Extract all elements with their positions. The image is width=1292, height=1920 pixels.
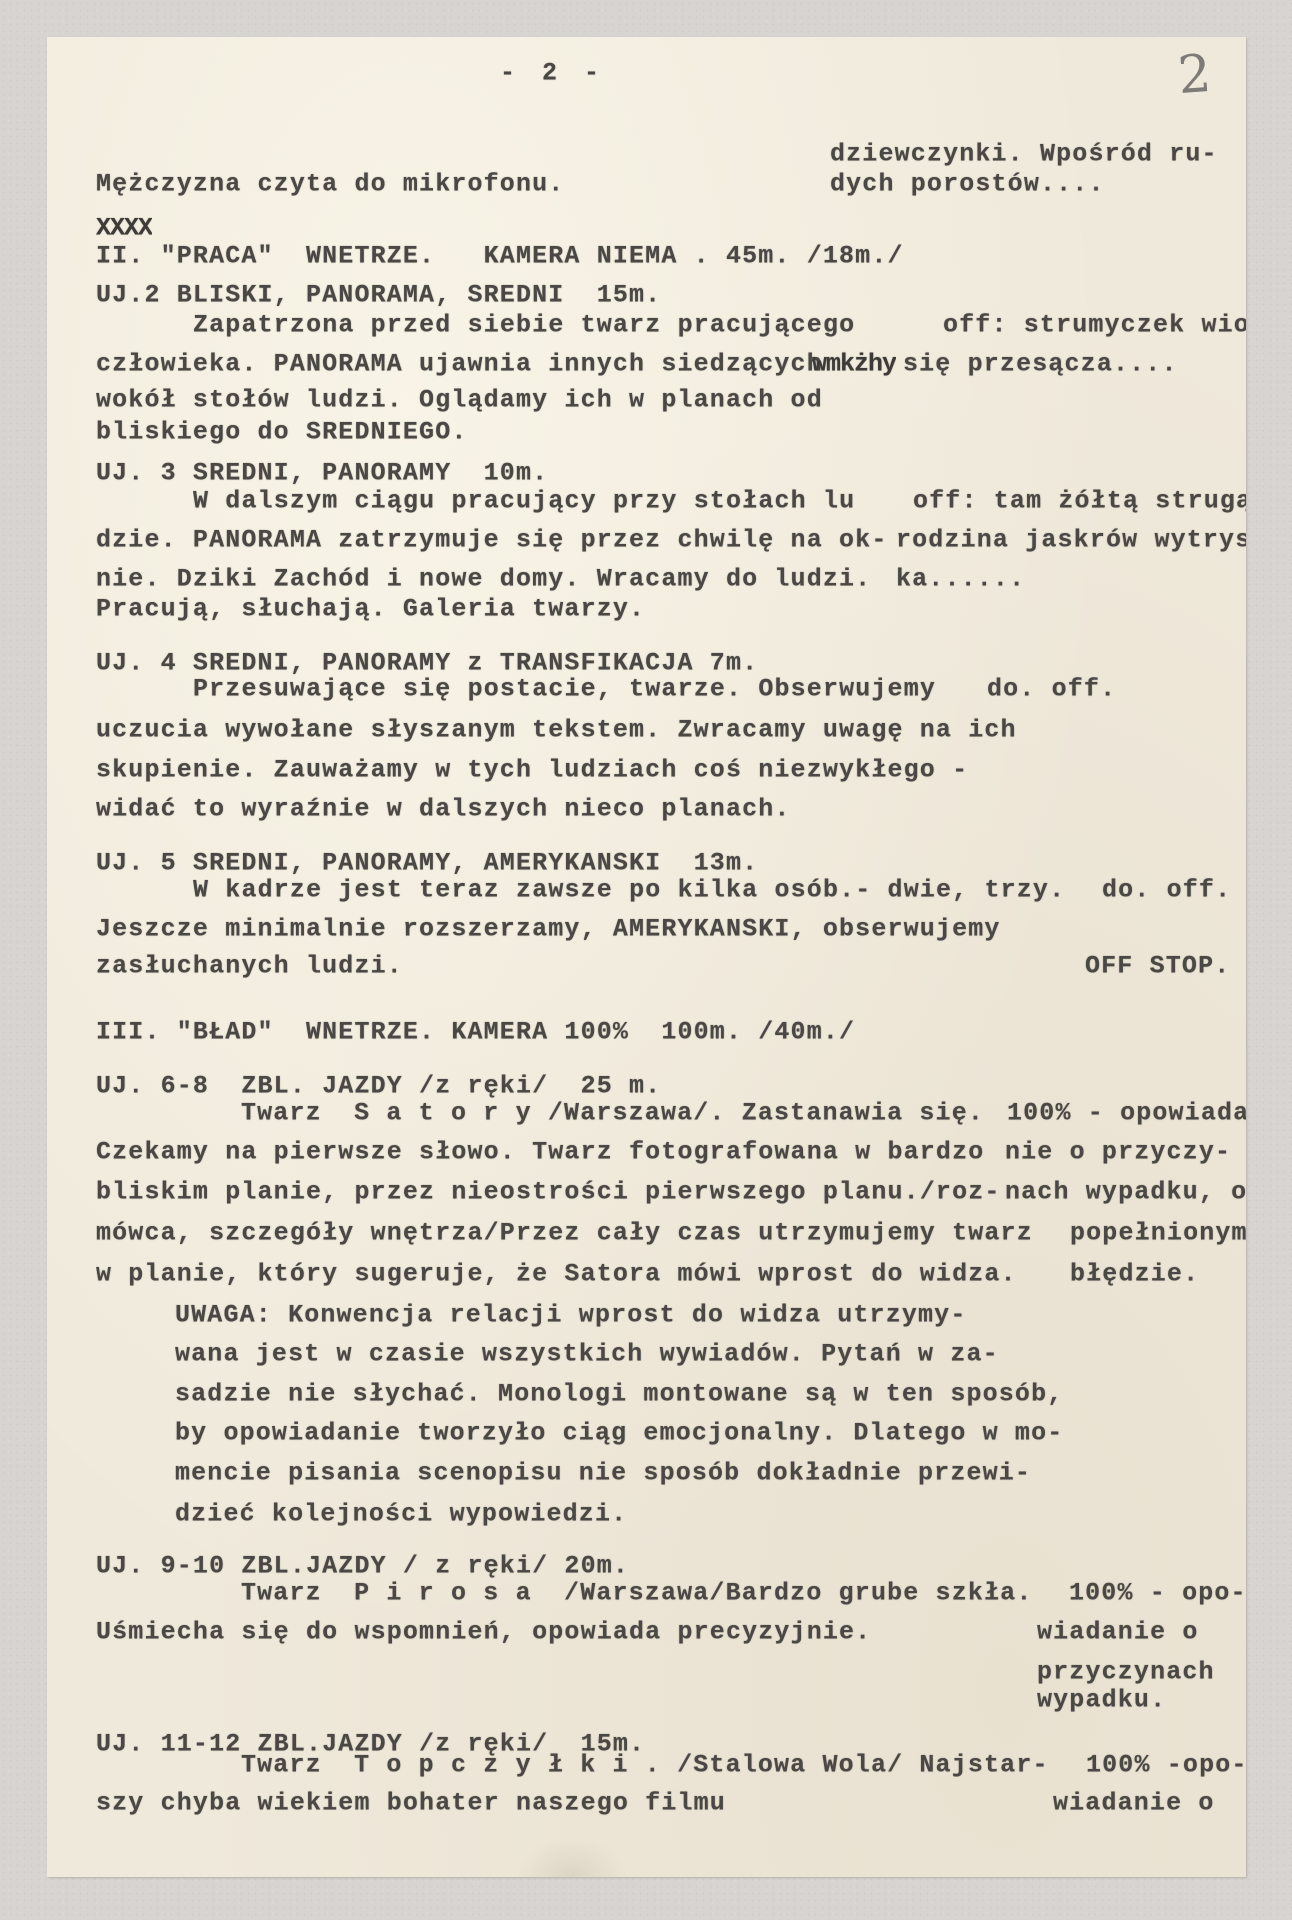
shot-6-8-heading: UJ. 6-8 ZBL. JAZDY /z ręki/ 25 m.: [96, 1074, 661, 1099]
shot-6-8-right-4: popełnionym: [1070, 1221, 1246, 1246]
shot-6-8-line-1: Twarz S a t o r y /Warszawa/. Zastanawia…: [241, 1101, 984, 1126]
intro-left-line: Mężczyzna czyta do mikrofonu.: [96, 172, 564, 197]
shot-2-line-4: bliskiego do SREDNIEGO.: [96, 420, 468, 445]
shot-9-10-right-4: wypadku.: [1037, 1688, 1166, 1713]
section-iii-heading: III. "BŁAD" WNETRZE. KAMERA 100% 100m. /…: [96, 1020, 855, 1045]
paper-stain: [517, 1837, 627, 1877]
shot-11-12-right-2: wiadanie o: [1053, 1791, 1215, 1816]
shot-6-8-right-1: 100% - opowiada: [1007, 1101, 1246, 1126]
shot-3-line-4: Pracują, słuchają. Galeria twarzy.: [96, 597, 645, 622]
shot-6-8-line-3: bliskim planie, przez nieostrości pierws…: [96, 1180, 1001, 1205]
shot-3-heading: UJ. 3 SREDNI, PANORAMY 10m.: [96, 461, 548, 486]
shot-4-off-1: do. off.: [987, 677, 1116, 702]
shot-3-off-2: rodzina jaskrów wytrys: [896, 528, 1246, 553]
shot-4-line-2: uczucia wywołane słyszanym tekstem. Zwra…: [96, 718, 1017, 743]
shot-2-line-3: wokół stołów ludzi. Oglądamy ich w plana…: [96, 388, 823, 413]
shot-2-heading: UJ.2 BLISKI, PANORAMA, SREDNI 15m.: [96, 283, 661, 308]
shot-2-off-1: off: strumyczek wiosen: [943, 313, 1246, 338]
shot-5-line-2: Jeszcze minimalnie rozszerzamy, AMERYKAN…: [96, 917, 1001, 942]
shot-3-line-2: dzie. PANORAMA zatrzymuje się przez chwi…: [96, 528, 887, 553]
shot-4-line-1: Przesuwające się postacie, twarze. Obser…: [193, 677, 936, 702]
shot-6-8-right-5: błędzie.: [1070, 1262, 1199, 1287]
shot-4-line-3: skupienie. Zauważamy w tych ludziach coś…: [96, 758, 968, 783]
shot-2-line-2: człowieka. PANORAMA ujawnia innych siedz…: [96, 352, 823, 377]
shot-2-line-1: Zapatrzona przed siebie twarz pracująceg…: [193, 313, 855, 338]
shot-4-heading: UJ. 4 SREDNI, PANORAMY z TRANSFIKACJA 7m…: [96, 651, 758, 676]
shot-4-line-4: widać to wyraźnie w dalszych nieco plana…: [96, 797, 791, 822]
note-line-6: dzieć kolejności wypowiedzi.: [175, 1502, 627, 1527]
shot-9-10-line-1: Twarz P i r o s a /Warszawa/Bardzo grube…: [241, 1581, 1032, 1606]
shot-6-8-right-2: nie o przyczy-: [1005, 1140, 1231, 1165]
shot-5-off-stop: OFF STOP.: [1085, 954, 1230, 979]
shot-3-line-3: nie. Dziki Zachód i nowe domy. Wracamy d…: [96, 567, 871, 592]
struck-out-text: XXXX: [96, 216, 152, 241]
shot-3-off-3: ka......: [896, 567, 1025, 592]
handwritten-page-number: 2: [1176, 44, 1213, 106]
shot-11-12-line-1: Twarz T o p c z y ł k i . /Stalowa Wola/…: [241, 1753, 1049, 1778]
shot-9-10-right-2: wiadanie o: [1037, 1620, 1199, 1645]
shot-11-12-right-1: 100% -opo-: [1086, 1753, 1246, 1778]
intro-right-line-2: dych porostów....: [830, 172, 1105, 197]
shot-9-10-heading: UJ. 9-10 ZBL.JAZDY / z ręki/ 20m.: [96, 1554, 629, 1579]
shot-6-8-right-3: nach wypadku, o: [1005, 1180, 1246, 1205]
shot-9-10-right-3: przyczynach: [1037, 1660, 1215, 1685]
typed-page-number: - 2 -: [500, 61, 605, 86]
shot-2-off-2: się przesącza....: [903, 352, 1178, 377]
shot-5-line-3: zasłuchanych ludzi.: [96, 954, 403, 979]
note-line-2: wana jest w czasie wszystkich wywiadów. …: [175, 1342, 999, 1367]
shot-5-heading: UJ. 5 SREDNI, PANORAMY, AMERYKANSKI 13m.: [96, 851, 758, 876]
shot-6-8-line-4: mówca, szczegóły wnętrza/Przez cały czas…: [96, 1221, 1033, 1246]
shot-3-off-1: off: tam żółtą strugą: [913, 489, 1246, 514]
note-line-1: UWAGA: Konwencja relacji wprost do widza…: [175, 1303, 966, 1328]
shot-6-8-line-2: Czekamy na pierwsze słowo. Twarz fotogra…: [96, 1140, 984, 1165]
shot-6-8-line-5: w planie, który sugeruje, że Satora mówi…: [96, 1262, 1017, 1287]
note-line-4: by opowiadanie tworzyło ciąg emocjonalny…: [175, 1421, 1063, 1446]
intro-right-line-1: dziewczynki. Wpośród ru-: [830, 142, 1218, 167]
shot-3-line-1: W dalszym ciągu pracujący przy stołach l…: [193, 489, 855, 514]
shot-11-12-line-2: szy chyba wiekiem bohater naszego filmu: [96, 1791, 726, 1816]
shot-5-line-1: W kadrze jest teraz zawsze po kilka osób…: [193, 878, 1065, 903]
shot-9-10-right-1: 100% - opo-: [1069, 1581, 1246, 1606]
section-ii-heading: II. "PRACA" WNETRZE. KAMERA NIEMA . 45m.…: [96, 244, 904, 269]
note-line-3: sadzie nie słychać. Monologi montowane s…: [175, 1382, 1063, 1407]
note-line-5: mencie pisania scenopisu nie sposób dokł…: [175, 1461, 1031, 1486]
shot-5-off-1: do. off.: [1102, 878, 1231, 903]
shot-9-10-line-2: Uśmiecha się do wspomnień, opowiada prec…: [96, 1620, 871, 1645]
shot-2-struck-word: wmkżhy: [812, 352, 896, 377]
